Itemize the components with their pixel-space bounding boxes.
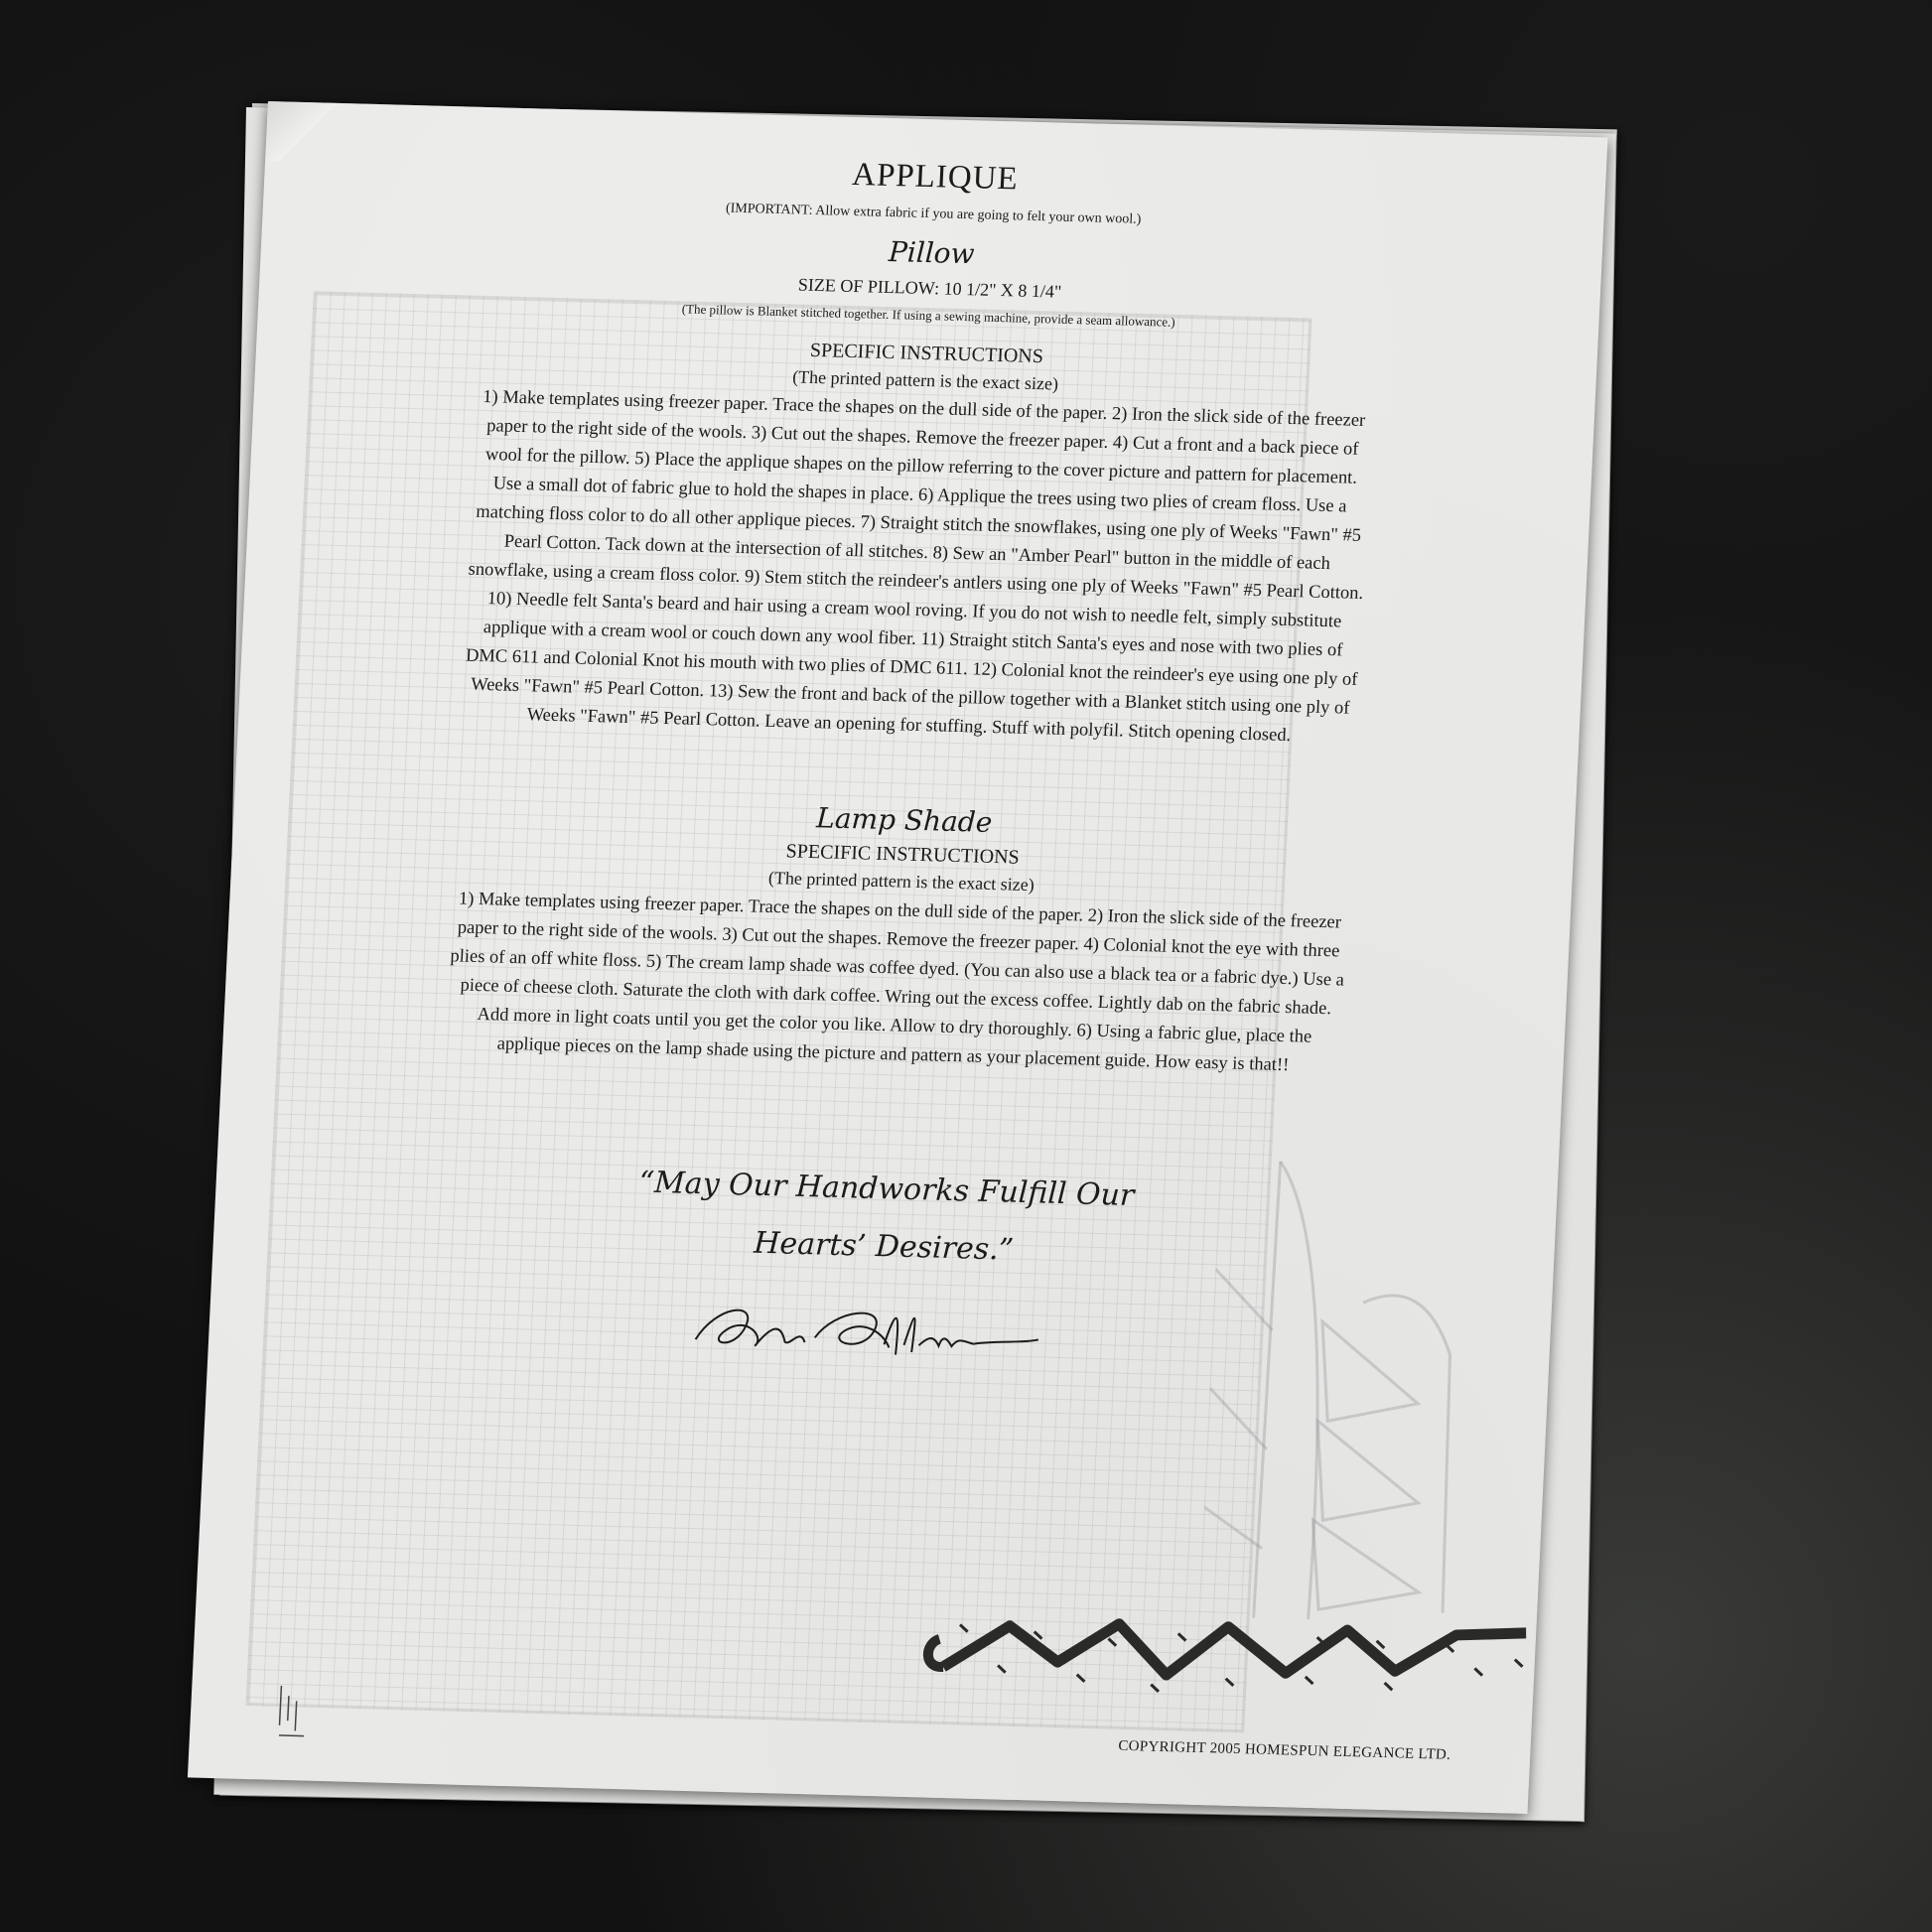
printer-registration-marks: [269, 1681, 332, 1742]
pattern-instruction-sheet: APPLIQUE (IMPORTANT: Allow extra fabric …: [188, 101, 1608, 1814]
rickrack-border-icon: [917, 1608, 1537, 1705]
document-content: APPLIQUE (IMPORTANT: Allow extra fabric …: [268, 101, 1608, 138]
pillow-instructions: 1) Make templates using freezer paper. T…: [298, 378, 1535, 757]
signature-icon: [684, 1285, 1045, 1374]
lamp-shade-instructions: 1) Make templates using freezer paper. T…: [282, 881, 1511, 1086]
copyright-notice: COPYRIGHT 2005 HOMESPUN ELEGANCE LTD.: [1118, 1738, 1451, 1764]
